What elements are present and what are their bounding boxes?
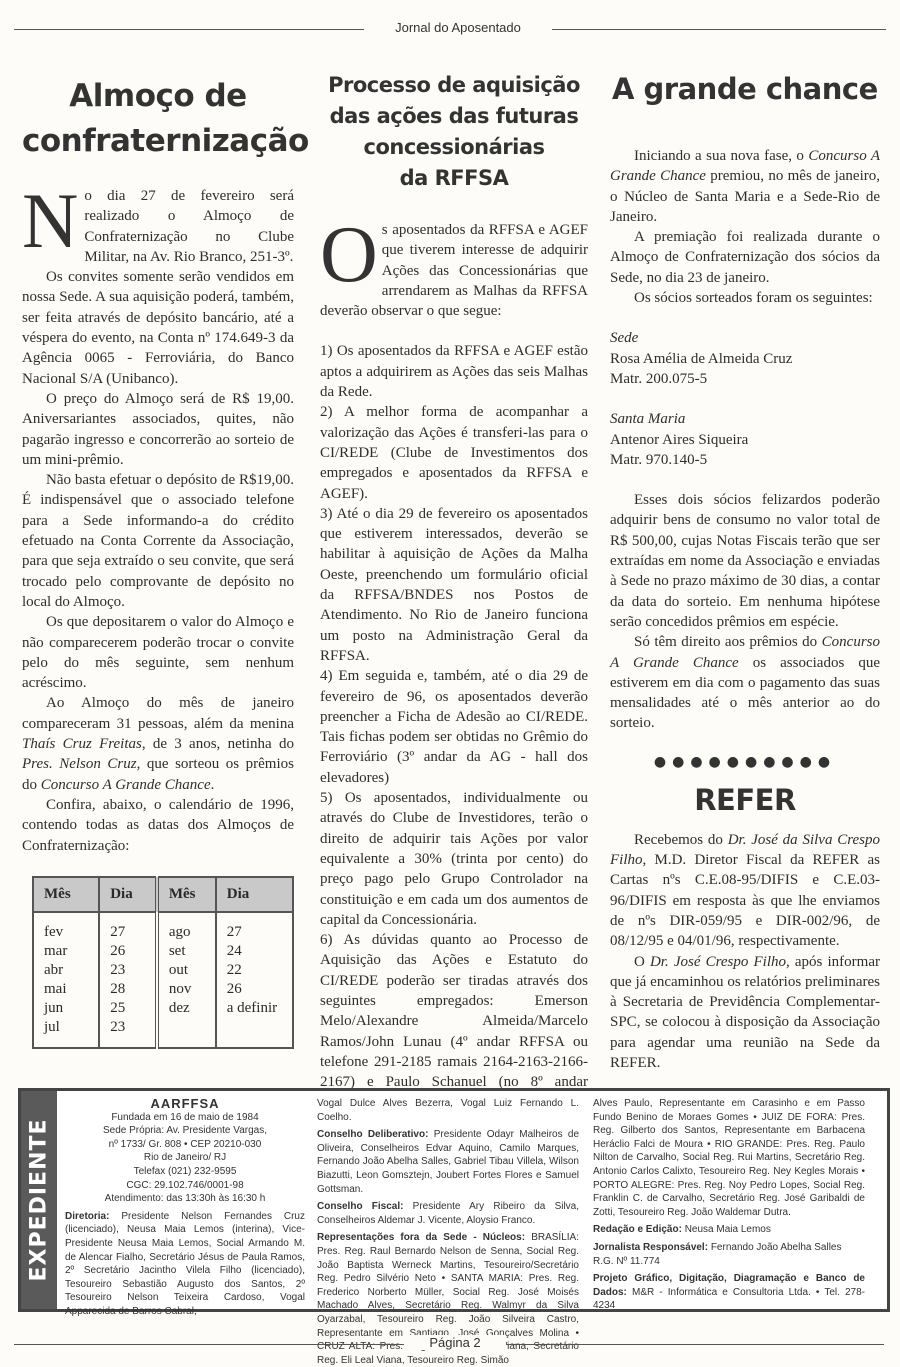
paragraph: O Dr. José Crespo Filho, após informar q… [610, 952, 880, 1074]
table-row: mar 26 set 24 [33, 942, 293, 961]
conselho-deliberativo: Conselho Deliberativo: Presidente Odayr … [317, 1128, 579, 1196]
info-line: Atendimento: das 13:30h às 16:30 h [65, 1192, 305, 1206]
label: Jornalista Responsável: [593, 1242, 708, 1253]
contest-name: Concurso A Grande Chance [41, 777, 211, 793]
cell: mar [33, 942, 99, 961]
cell: abr [33, 961, 99, 980]
headline-line: confraternização [22, 123, 309, 159]
section-separator-dots: ●●●●●●●●●● [610, 754, 880, 770]
dropcap: N [22, 190, 78, 252]
list-item: 1) Os aposentados da RFFSA e AGEF estão … [320, 341, 588, 402]
cell: ago [157, 912, 216, 942]
article-almoco: Almoço de confraternização No dia 27 de … [22, 74, 294, 1049]
cell: a definir [216, 999, 293, 1018]
org-info: Fundada em 16 de maio de 1984 Sede Própr… [65, 1111, 305, 1206]
cell: jun [33, 999, 99, 1018]
footer-rule-right [494, 1344, 884, 1345]
list-item: 4) Em seguida e, também, até o dia 29 de… [320, 666, 588, 788]
table-row: mai 28 nov 26 [33, 980, 293, 999]
paragraph: o dia 27 de fevereiro será realizado o A… [84, 188, 294, 265]
headline-line: Almoço de [69, 78, 246, 114]
article-processo-headline: Processo de aquisição das ações das futu… [320, 70, 588, 194]
headline-line: Processo de aquisição [328, 73, 580, 97]
text: , após informar que já encaminhou os rel… [610, 954, 880, 1071]
expediente-col-1: AARFFSA Fundada em 16 de maio de 1984 Se… [65, 1097, 305, 1323]
info-line: Telefax (021) 232-9595 [65, 1165, 305, 1179]
winner-registration: Matr. 970.140-5 [610, 450, 880, 470]
column-header: Dia [216, 877, 293, 912]
footer-rule-left [14, 1344, 404, 1345]
cell: 27 [216, 912, 293, 942]
cell: 23 [99, 1018, 157, 1048]
paragraph: Os convites somente serão vendidos em no… [22, 267, 294, 389]
winner-registration: Matr. 200.075-5 [610, 369, 880, 389]
list-item: 6) As dúvidas quanto ao Processo de Aqui… [320, 930, 588, 1113]
label: Representações fora da Sede - Núcleos: [317, 1232, 525, 1243]
list-item: 5) Os aposentados, individualmente ou at… [320, 788, 588, 930]
info-line: CGC: 29.102.746/0001-98 [65, 1179, 305, 1193]
cell: jul [33, 1018, 99, 1048]
label: Diretoria: [65, 1211, 109, 1222]
cell: 22 [216, 961, 293, 980]
column-header: Dia [99, 877, 157, 912]
org-name: AARFFSA [65, 1097, 305, 1111]
paragraph: Os que depositarem o valor do Almoço e n… [22, 612, 294, 693]
label: Conselho Fiscal: [317, 1201, 403, 1212]
cell: dez [157, 999, 216, 1018]
text: Neusa Maia Lemos [685, 1224, 771, 1235]
cell: 26 [99, 942, 157, 961]
cell: set [157, 942, 216, 961]
expediente-tag: EXPEDIENTE [21, 1091, 57, 1309]
diretoria: Diretoria: Presidente Nelson Fernandes C… [65, 1210, 305, 1319]
text: Iniciando a sua nova fase, o [634, 148, 808, 164]
table-row: abr 23 out 22 [33, 961, 293, 980]
article-chance-body: Iniciando a sua nova fase, o Concurso A … [610, 146, 880, 734]
table-row: jul 23 [33, 1018, 293, 1048]
dropcap: O [320, 224, 378, 286]
text: Presidente Nelson Fernandes Cruz (licenc… [65, 1211, 305, 1317]
page-number: Página 2 [404, 1335, 506, 1350]
calendar-header-row: Mês Dia Mês Dia [33, 877, 293, 912]
cell: 23 [99, 961, 157, 980]
label: Redação e Edição: [593, 1224, 682, 1235]
text: , de 3 anos, netinha do [142, 736, 294, 752]
article-refer-body: Recebemos do Dr. José da Silva Crespo Fi… [610, 830, 880, 1074]
text: M&R - Informática e Consultoria Ltda. • … [593, 1287, 865, 1312]
info-line: Fundada em 16 de maio de 1984 [65, 1111, 305, 1125]
cell: out [157, 961, 216, 980]
paragraph: Recebemos do Dr. José da Silva Crespo Fi… [610, 830, 880, 952]
paragraph: Só têm direito aos prêmios do Concurso A… [610, 632, 880, 733]
header-rule-right [540, 29, 886, 30]
paragraph: Os sócios sorteados foram os seguintes: [610, 288, 880, 308]
label: Conselho Deliberativo: [317, 1129, 428, 1140]
headline-line: da RFFSA [400, 166, 509, 190]
article-refer-headline: REFER [610, 780, 880, 820]
text: Ao Almoço do mês de janeiro compareceram… [22, 695, 294, 731]
text: . [211, 777, 215, 793]
cell: 26 [216, 980, 293, 999]
calendar-table: Mês Dia Mês Dia fev 27 ago 27 mar 26 set… [32, 876, 294, 1049]
winner-name: Antenor Aires Siqueira [610, 430, 880, 450]
headline-line: das ações das futuras [330, 104, 579, 128]
text: R.G. Nº 11.774 [593, 1256, 660, 1267]
headline-line: concessionárias [364, 135, 545, 159]
conselho-fiscal: Conselho Fiscal: Presidente Ary Ribeiro … [317, 1200, 579, 1227]
cell [157, 1018, 216, 1048]
cell: nov [157, 980, 216, 999]
table-row: fev 27 ago 27 [33, 912, 293, 942]
expediente-col-2: Vogal Dulce Alves Bezerra, Vogal Luiz Fe… [317, 1097, 579, 1367]
redacao: Redação e Edição: Neusa Maia Lemos [593, 1223, 865, 1237]
column-header: Mês [157, 877, 216, 912]
cell [216, 1018, 293, 1048]
projeto-grafico: Projeto Gráfico, Digitação, Diagramação … [593, 1272, 865, 1313]
text: , M.D. Diretor Fiscal da REFER as Cartas… [610, 852, 880, 949]
article-almoco-body: No dia 27 de fevereiro será realizado o … [22, 186, 294, 856]
article-processo: Processo de aquisição das ações das futu… [320, 70, 588, 1113]
running-header: Jornal do Aposentado [364, 20, 552, 35]
expediente-col-3: Alves Paulo, Representante em Carasinho … [593, 1097, 865, 1317]
paragraph: O preço do Almoço será de R$ 19,00. Aniv… [22, 389, 294, 470]
winner-entry: Santa Maria Antenor Aires Siqueira Matr.… [610, 409, 880, 470]
cell: 24 [216, 942, 293, 961]
article-almoco-headline: Almoço de confraternização [22, 74, 294, 164]
article-chance-headline: A grande chance [612, 70, 880, 108]
nucleos-continued: Alves Paulo, Representante em Carasinho … [593, 1097, 865, 1219]
person-name: Thaís Cruz Freitas [22, 736, 142, 752]
paragraph: Confira, abaixo, o calendário de 1996, c… [22, 795, 294, 856]
text: Só têm direito aos prêmios do [634, 634, 822, 650]
paragraph: Esses dois sócios felizardos poderão adq… [610, 490, 880, 632]
column-header: Mês [33, 877, 99, 912]
expediente-box: EXPEDIENTE AARFFSA Fundada em 16 de maio… [18, 1088, 890, 1312]
list-item: 3) Até o dia 29 de fevereiro os aposenta… [320, 504, 588, 666]
info-line: Sede Própria: Av. Presidente Vargas, [65, 1124, 305, 1138]
table-row: jun 25 dez a definir [33, 999, 293, 1018]
paragraph: Não basta efetuar o depósito de R$19,00.… [22, 470, 294, 612]
text: Fernando João Abelha Salles [711, 1242, 842, 1253]
paragraph: Iniciando a sua nova fase, o Concurso A … [610, 146, 880, 227]
text: O [634, 954, 650, 970]
vogais: Vogal Dulce Alves Bezerra, Vogal Luiz Fe… [317, 1097, 579, 1124]
paragraph: A premiação foi realizada durante o Almo… [610, 227, 880, 288]
winner-location: Santa Maria [610, 411, 685, 427]
paragraph: Ao Almoço do mês de janeiro compareceram… [22, 693, 294, 794]
expediente-tag-label: EXPEDIENTE [27, 1118, 52, 1281]
info-line: nº 1733/ Gr. 808 • CEP 20210-030 [65, 1138, 305, 1152]
info-line: Rio de Janeiro/ RJ [65, 1151, 305, 1165]
text: Recebemos do [634, 832, 728, 848]
person-name: Dr. José Crespo Filho [650, 954, 786, 970]
article-processo-body: Os aposentados da RFFSA e AGEF que tiver… [320, 220, 588, 1113]
cell: fev [33, 912, 99, 942]
cell: mai [33, 980, 99, 999]
cell: 28 [99, 980, 157, 999]
jornalista: Jornalista Responsável: Fernando João Ab… [593, 1241, 865, 1268]
header-rule-left [14, 29, 364, 30]
cell: 27 [99, 912, 157, 942]
winner-name: Rosa Amélia de Almeida Cruz [610, 349, 880, 369]
winner-location: Sede [610, 330, 638, 346]
article-refer: REFER Recebemos do Dr. José da Silva Cre… [610, 780, 880, 1074]
cell: 25 [99, 999, 157, 1018]
person-name: Pres. Nelson Cruz [22, 756, 137, 772]
article-chance: A grande chance Iniciando a sua nova fas… [610, 70, 880, 1073]
list-item: 2) A melhor forma de acompanhar a valori… [320, 402, 588, 503]
winner-entry: Sede Rosa Amélia de Almeida Cruz Matr. 2… [610, 328, 880, 389]
